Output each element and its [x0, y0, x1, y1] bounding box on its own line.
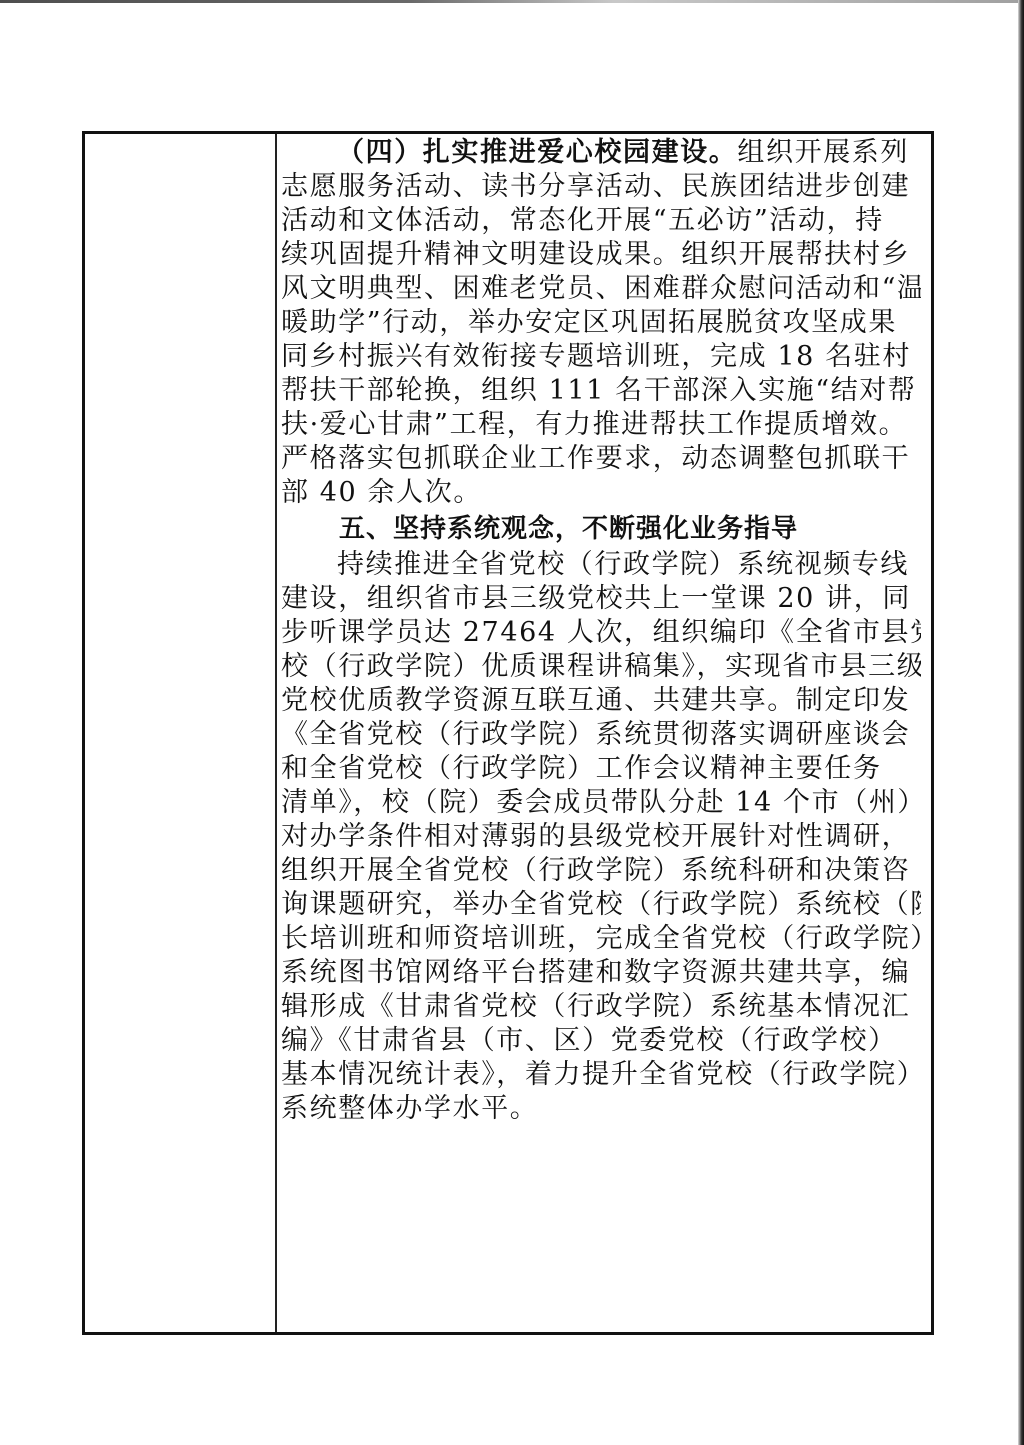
paragraph-line: 持续推进全省党校（行政学院）系统视频专线: [281, 548, 921, 582]
paragraph-line: 党校优质教学资源互联互通、共建共享。制定印发: [281, 684, 921, 718]
paragraph-line: 基本情况统计表》，着力提升全省党校（行政学院）: [281, 1058, 921, 1092]
section4-subheading: （四）扎实推进爱心校园建设。: [337, 137, 737, 168]
paragraph-line: 组织开展全省党校（行政学院）系统科研和决策咨: [281, 854, 921, 888]
paragraph-line: 建设，组织省市县三级党校共上一堂课 20 讲，同: [281, 582, 921, 616]
paragraph-line: 辑形成《甘肃省党校（行政学院）系统基本情况汇: [281, 990, 921, 1024]
paragraph-line: 暖助学”行动，举办安定区巩固拓展脱贫攻坚成果: [281, 306, 921, 340]
paragraph-line: 和全省党校（行政学院）工作会议精神主要任务: [281, 752, 921, 786]
paragraph-line: 系统图书馆网络平台搭建和数字资源共建共享，编: [281, 956, 921, 990]
table-left-cell: [85, 134, 277, 1332]
paragraph-line: 步听课学员达 27464 人次，组织编印《全省市县党: [281, 616, 921, 650]
section4-text: 组织开展系列: [737, 137, 909, 168]
paragraph-line: 校（行政学院）优质课程讲稿集》，实现省市县三级: [281, 650, 921, 684]
scan-top-edge: [0, 0, 1024, 3]
table-right-cell: （四）扎实推进爱心校园建设。组织开展系列 志愿服务活动、读书分享活动、民族团结进…: [277, 134, 931, 1332]
paragraph-line: 长培训班和师资培训班，完成全省党校（行政学院）: [281, 922, 921, 956]
section4-first-line: （四）扎实推进爱心校园建设。组织开展系列: [281, 136, 921, 170]
paragraph-line: 对办学条件相对薄弱的县级党校开展针对性调研，: [281, 820, 921, 854]
section5-heading: 五、坚持系统观念，不断强化业务指导: [281, 510, 921, 548]
paragraph-line: 部 40 余人次。: [281, 476, 921, 510]
paragraph-line: 帮扶干部轮换，组织 111 名干部深入实施“结对帮: [281, 374, 921, 408]
paragraph-line: 风文明典型、困难老党员、困难群众慰问活动和“温: [281, 272, 921, 306]
paragraph-line: 《全省党校（行政学院）系统贯彻落实调研座谈会: [281, 718, 921, 752]
paragraph-line: 志愿服务活动、读书分享活动、民族团结进步创建: [281, 170, 921, 204]
paragraph-line: 扶·爱心甘肃”工程，有力推进帮扶工作提质增效。: [281, 408, 921, 442]
paragraph-line: 同乡村振兴有效衔接专题培训班，完成 18 名驻村: [281, 340, 921, 374]
paragraph-line: 询课题研究，举办全省党校（行政学院）系统校（院）: [281, 888, 921, 922]
paragraph-line: 活动和文体活动，常态化开展“五必访”活动，持: [281, 204, 921, 238]
scan-right-edge: [1018, 0, 1024, 1445]
paragraph-line: 严格落实包抓联企业工作要求，动态调整包抓联干: [281, 442, 921, 476]
document-table: （四）扎实推进爱心校园建设。组织开展系列 志愿服务活动、读书分享活动、民族团结进…: [82, 131, 934, 1335]
paragraph-line: 清单》，校（院）委会成员带队分赴 14 个市（州）: [281, 786, 921, 820]
paragraph-line: 续巩固提升精神文明建设成果。组织开展帮扶村乡: [281, 238, 921, 272]
paragraph-line: 编》《甘肃省县（市、区）党委党校（行政学校）: [281, 1024, 921, 1058]
paragraph-line: 系统整体办学水平。: [281, 1092, 921, 1126]
